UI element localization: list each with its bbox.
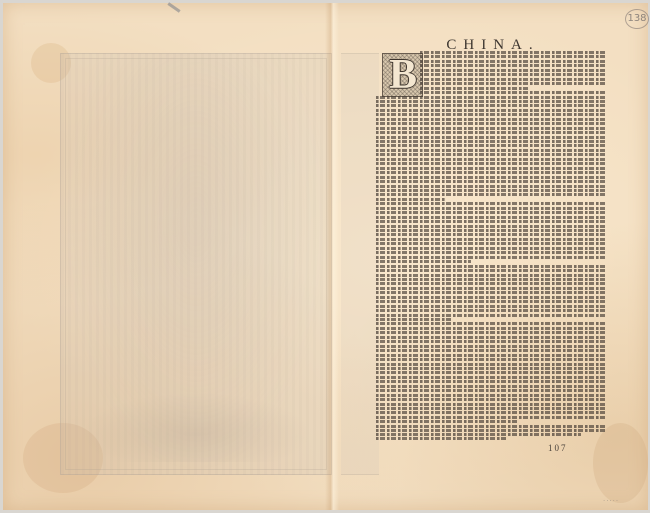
text-line	[376, 403, 605, 406]
text-line	[376, 247, 605, 250]
text-line	[376, 367, 605, 370]
text-line	[376, 198, 445, 201]
pencil-stroke-mark	[167, 2, 180, 12]
text-line	[376, 309, 605, 312]
text-line	[420, 64, 605, 67]
text-line	[376, 331, 605, 334]
center-fold	[325, 3, 339, 510]
text-line	[376, 296, 605, 299]
text-line	[376, 167, 605, 170]
text-line	[376, 225, 605, 228]
text-line	[376, 327, 605, 330]
text-line	[376, 265, 605, 268]
text-line	[376, 314, 605, 317]
text-line	[376, 269, 605, 272]
text-line	[376, 389, 605, 392]
text-line	[376, 371, 605, 374]
text-line	[376, 256, 605, 259]
text-line	[376, 437, 506, 440]
text-line	[376, 407, 605, 410]
text-line	[376, 207, 605, 210]
text-line	[376, 411, 605, 414]
text-line	[376, 176, 605, 179]
text-line	[376, 109, 605, 112]
text-line	[376, 220, 605, 223]
text-line	[376, 398, 605, 401]
initial-glyph: B	[389, 52, 417, 98]
text-line	[376, 216, 605, 219]
text-line	[376, 131, 605, 134]
bleed-through-map-area	[60, 53, 332, 475]
text-line	[376, 251, 605, 254]
text-line	[376, 376, 605, 379]
text-line	[420, 51, 605, 54]
pencil-inventory-mark: ·····	[603, 497, 619, 505]
text-line	[376, 211, 605, 214]
text-line	[376, 291, 605, 294]
bleed-through-map-edge	[341, 53, 379, 475]
text-line	[376, 345, 605, 348]
text-line	[376, 96, 605, 99]
text-line	[376, 305, 605, 308]
decorated-initial-letter: B	[382, 53, 423, 97]
text-line	[376, 118, 605, 121]
text-line	[420, 60, 605, 63]
text-line	[376, 122, 605, 125]
text-line	[376, 233, 605, 236]
text-line	[376, 149, 605, 152]
text-line	[376, 278, 605, 281]
text-line	[376, 180, 605, 183]
text-line	[376, 318, 451, 321]
text-line	[376, 202, 605, 205]
text-line	[420, 78, 605, 81]
text-line	[376, 140, 605, 143]
text-line	[376, 260, 471, 263]
text-line	[376, 416, 605, 419]
text-line	[376, 282, 605, 285]
text-line	[376, 433, 581, 436]
text-line	[376, 136, 605, 139]
text-line	[376, 158, 605, 161]
text-line	[376, 363, 605, 366]
text-line	[420, 82, 605, 85]
text-line	[376, 425, 605, 428]
text-line	[376, 171, 605, 174]
text-line	[376, 193, 605, 196]
text-line	[376, 189, 605, 192]
text-line	[376, 429, 605, 432]
text-line	[376, 127, 605, 130]
text-line	[376, 113, 605, 116]
text-line	[420, 87, 529, 90]
text-line	[376, 354, 605, 357]
text-line	[376, 358, 605, 361]
text-line	[376, 322, 605, 325]
pencil-reference-number: 138	[625, 9, 649, 29]
text-line	[376, 300, 605, 303]
text-line	[376, 380, 605, 383]
text-line	[420, 91, 605, 94]
text-line	[376, 229, 605, 232]
text-line	[376, 153, 605, 156]
text-line	[376, 185, 605, 188]
text-line	[376, 287, 605, 290]
text-line	[376, 340, 605, 343]
text-line	[420, 73, 605, 76]
text-line	[376, 394, 605, 397]
text-line	[376, 100, 605, 103]
text-line	[376, 144, 605, 147]
text-line	[376, 420, 518, 423]
text-line	[376, 274, 605, 277]
text-line	[376, 162, 605, 165]
text-line	[376, 238, 605, 241]
text-line	[376, 104, 605, 107]
text-line	[420, 69, 605, 72]
text-line	[376, 242, 605, 245]
text-line	[376, 385, 605, 388]
text-line	[376, 349, 605, 352]
page-number: 107	[548, 443, 568, 453]
map-ghost-cartouche	[81, 392, 311, 462]
foxing-stain	[593, 423, 648, 503]
paper-sheet: 138 CHINA. B 107 ·····	[3, 3, 648, 510]
text-line	[420, 55, 605, 58]
text-line	[376, 336, 605, 339]
